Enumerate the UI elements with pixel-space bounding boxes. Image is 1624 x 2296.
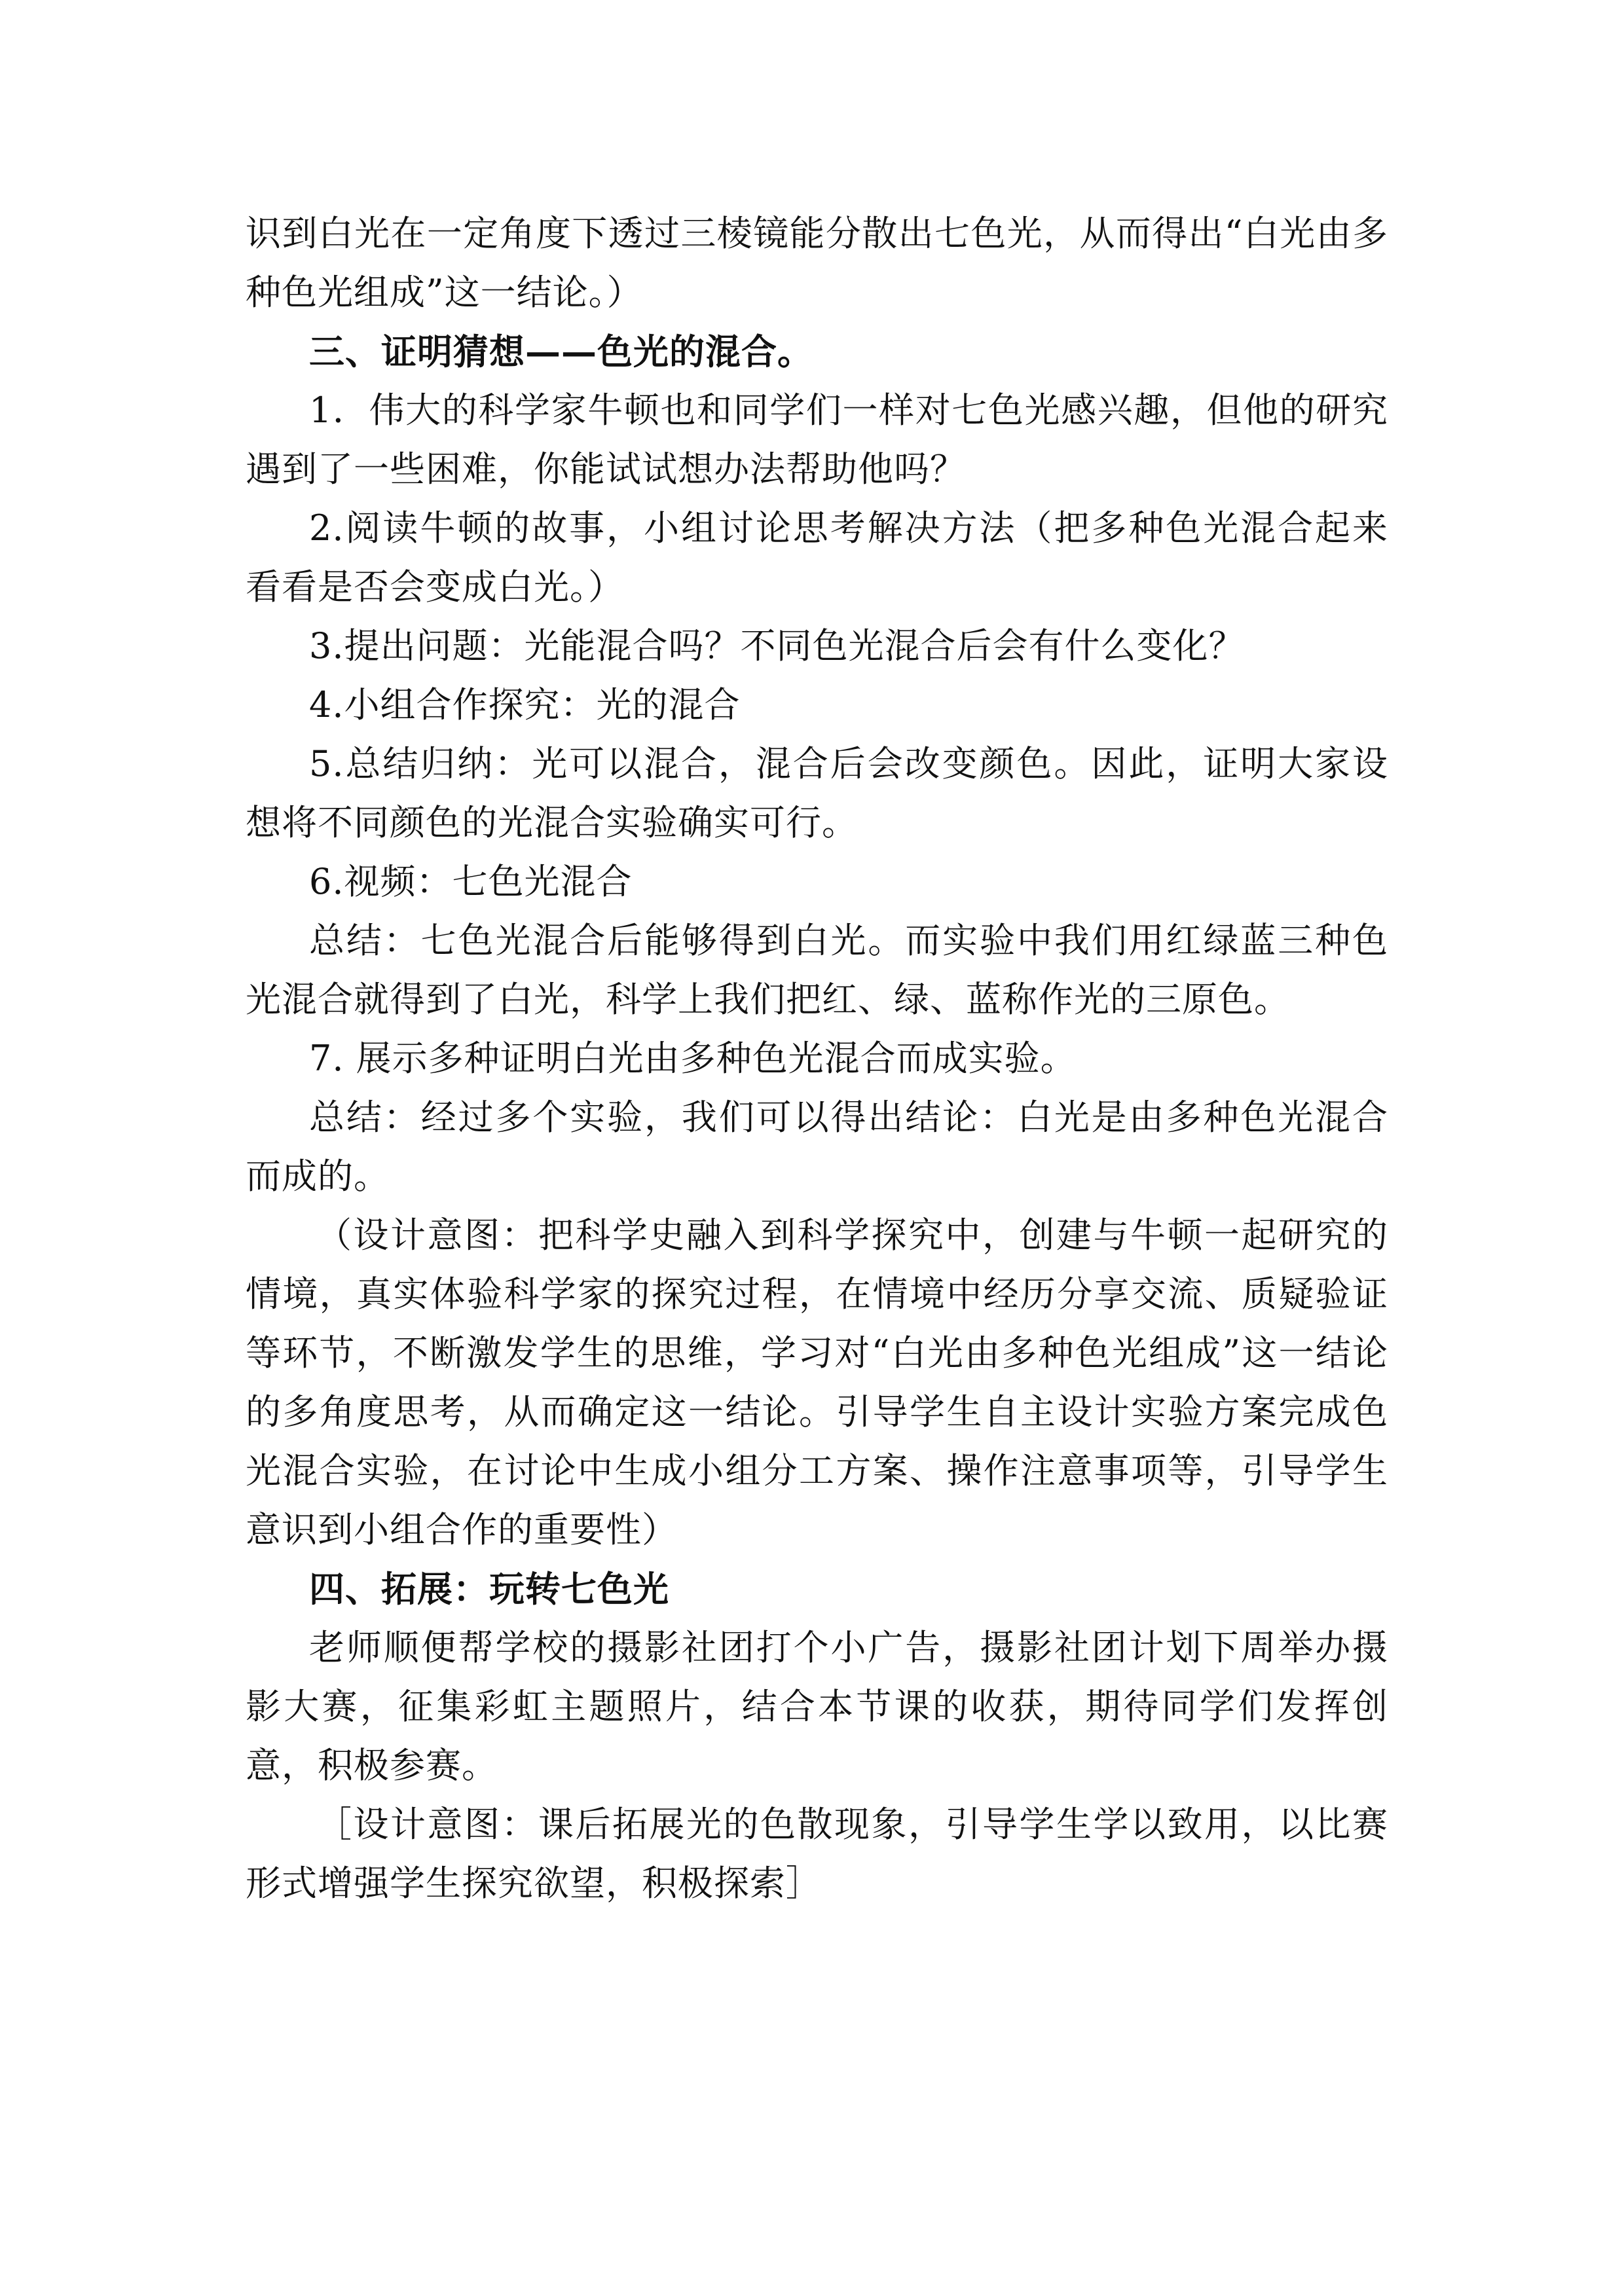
- continuation-paragraph: 识到白光在一定角度下透过三棱镜能分散出七色光，从而得出“白光由多种色光组成”这一…: [246, 204, 1388, 322]
- step-5-paragraph: 5.总结归纳：光可以混合，混合后会改变颜色。因此，证明大家设想将不同颜色的光混合…: [246, 735, 1388, 852]
- design-intent-note-2: ［设计意图：课后拓展光的色散现象，引导学生学以致用，以比赛形式增强学生探究欲望，…: [246, 1795, 1388, 1913]
- summary-paragraph-1: 总结：七色光混合后能够得到白光。而实验中我们用红绿蓝三种色光混合就得到了白光，科…: [246, 911, 1388, 1029]
- step-7-paragraph: 7. 展示多种证明白光由多种色光混合而成实验。: [246, 1029, 1388, 1088]
- document-page: 识到白光在一定角度下透过三棱镜能分散出七色光，从而得出“白光由多种色光组成”这一…: [246, 204, 1388, 1913]
- design-intent-note-1: （设计意图：把科学史融入到科学探究中，创建与牛顿一起研究的情境，真实体验科学家的…: [246, 1206, 1388, 1559]
- section-heading-4: 四、拓展：玩转七色光: [246, 1559, 1388, 1618]
- summary-paragraph-2: 总结：经过多个实验，我们可以得出结论：白光是由多种色光混合而成的。: [246, 1088, 1388, 1206]
- extension-paragraph: 老师顺便帮学校的摄影社团打个小广告，摄影社团计划下周举办摄影大赛，征集彩虹主题照…: [246, 1618, 1388, 1795]
- step-4-paragraph: 4.小组合作探究：光的混合: [246, 676, 1388, 735]
- step-6-paragraph: 6.视频：七色光混合: [246, 852, 1388, 911]
- section-heading-3: 三、证明猜想——色光的混合。: [246, 322, 1388, 381]
- step-1-paragraph: 1．伟大的科学家牛顿也和同学们一样对七色光感兴趣，但他的研究遇到了一些困难，你能…: [246, 381, 1388, 499]
- step-2-paragraph: 2.阅读牛顿的故事，小组讨论思考解决方法（把多种色光混合起来看看是否会变成白光。…: [246, 499, 1388, 617]
- step-3-paragraph: 3.提出问题：光能混合吗？不同色光混合后会有什么变化？: [246, 617, 1388, 676]
